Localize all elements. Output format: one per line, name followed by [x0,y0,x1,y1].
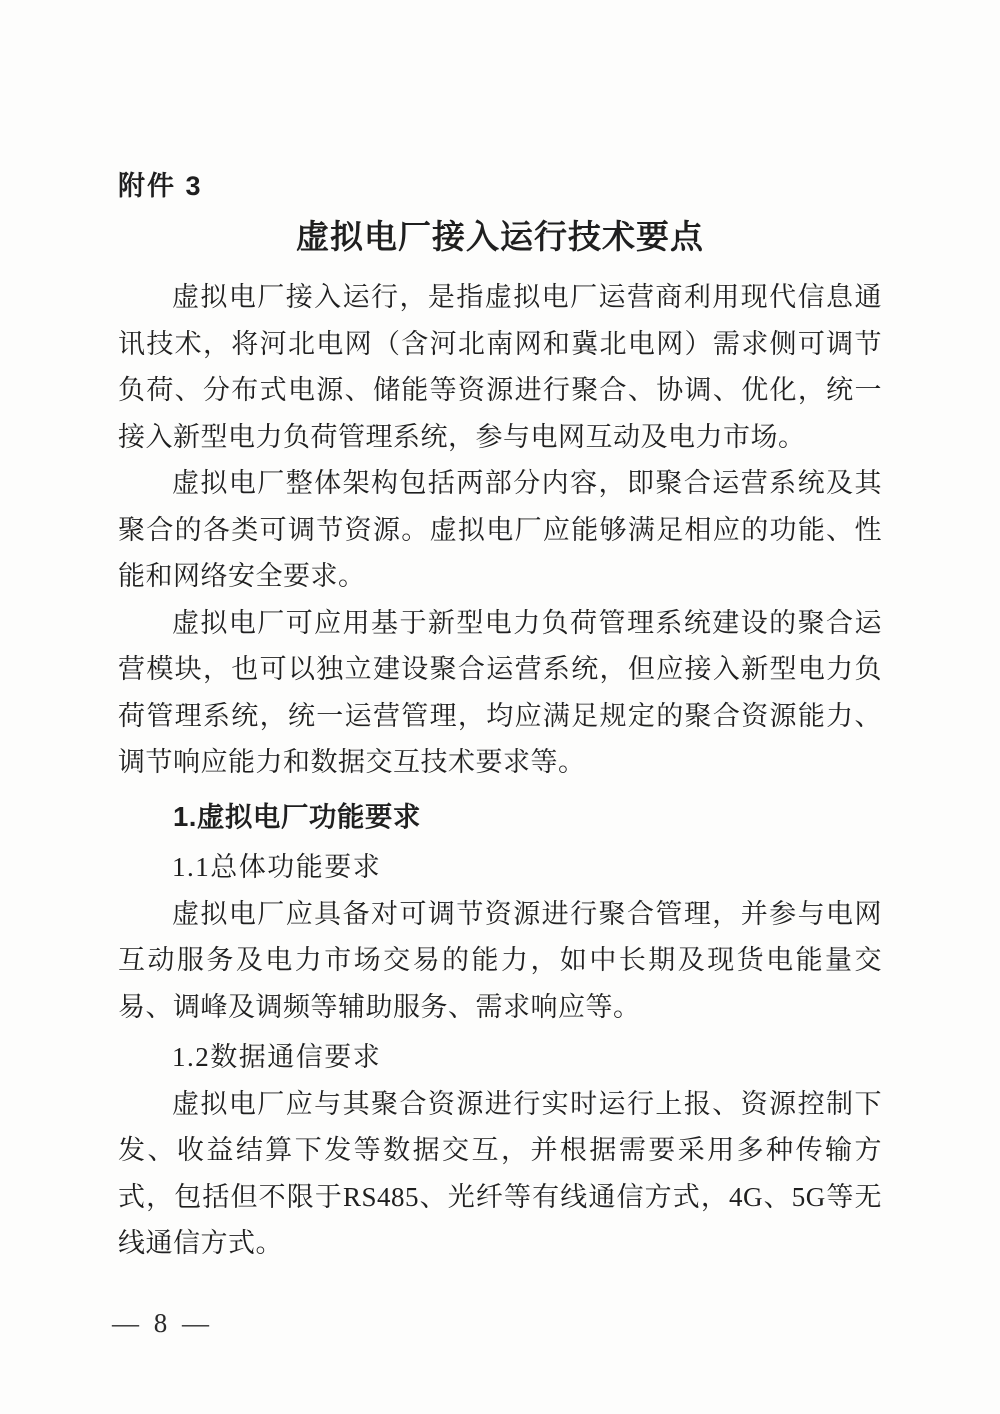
section-1-heading: 1.虚拟电厂功能要求 [118,794,882,841]
intro-paragraph-2: 虚拟电厂整体架构包括两部分内容，即聚合运营系统及其聚合的各类可调节资源。虚拟电厂… [118,460,882,600]
page-number: — 8 — [112,1308,213,1338]
document-page: 附件 3 虚拟电厂接入运行技术要点 虚拟电厂接入运行，是指虚拟电厂运营商利用现代… [0,0,1000,1414]
subsection-1-2-paragraph: 虚拟电厂应与其聚合资源进行实时运行上报、资源控制下发、收益结算下发等数据交互，并… [118,1081,882,1267]
document-title: 虚拟电厂接入运行技术要点 [118,216,882,258]
page-footer: — 8 — [112,1306,213,1340]
subsection-1-2-heading: 1.2数据通信要求 [118,1034,882,1081]
intro-paragraph-3: 虚拟电厂可应用基于新型电力负荷管理系统建设的聚合运营模块，也可以独立建设聚合运营… [118,600,882,786]
subsection-1-1-heading: 1.1总体功能要求 [118,844,882,891]
subsection-1-1-paragraph: 虚拟电厂应具备对可调节资源进行聚合管理，并参与电网互动服务及电力市场交易的能力，… [118,891,882,1031]
attachment-label: 附件 3 [118,170,882,202]
intro-paragraph-1: 虚拟电厂接入运行，是指虚拟电厂运营商利用现代信息通讯技术，将河北电网（含河北南网… [118,274,882,460]
